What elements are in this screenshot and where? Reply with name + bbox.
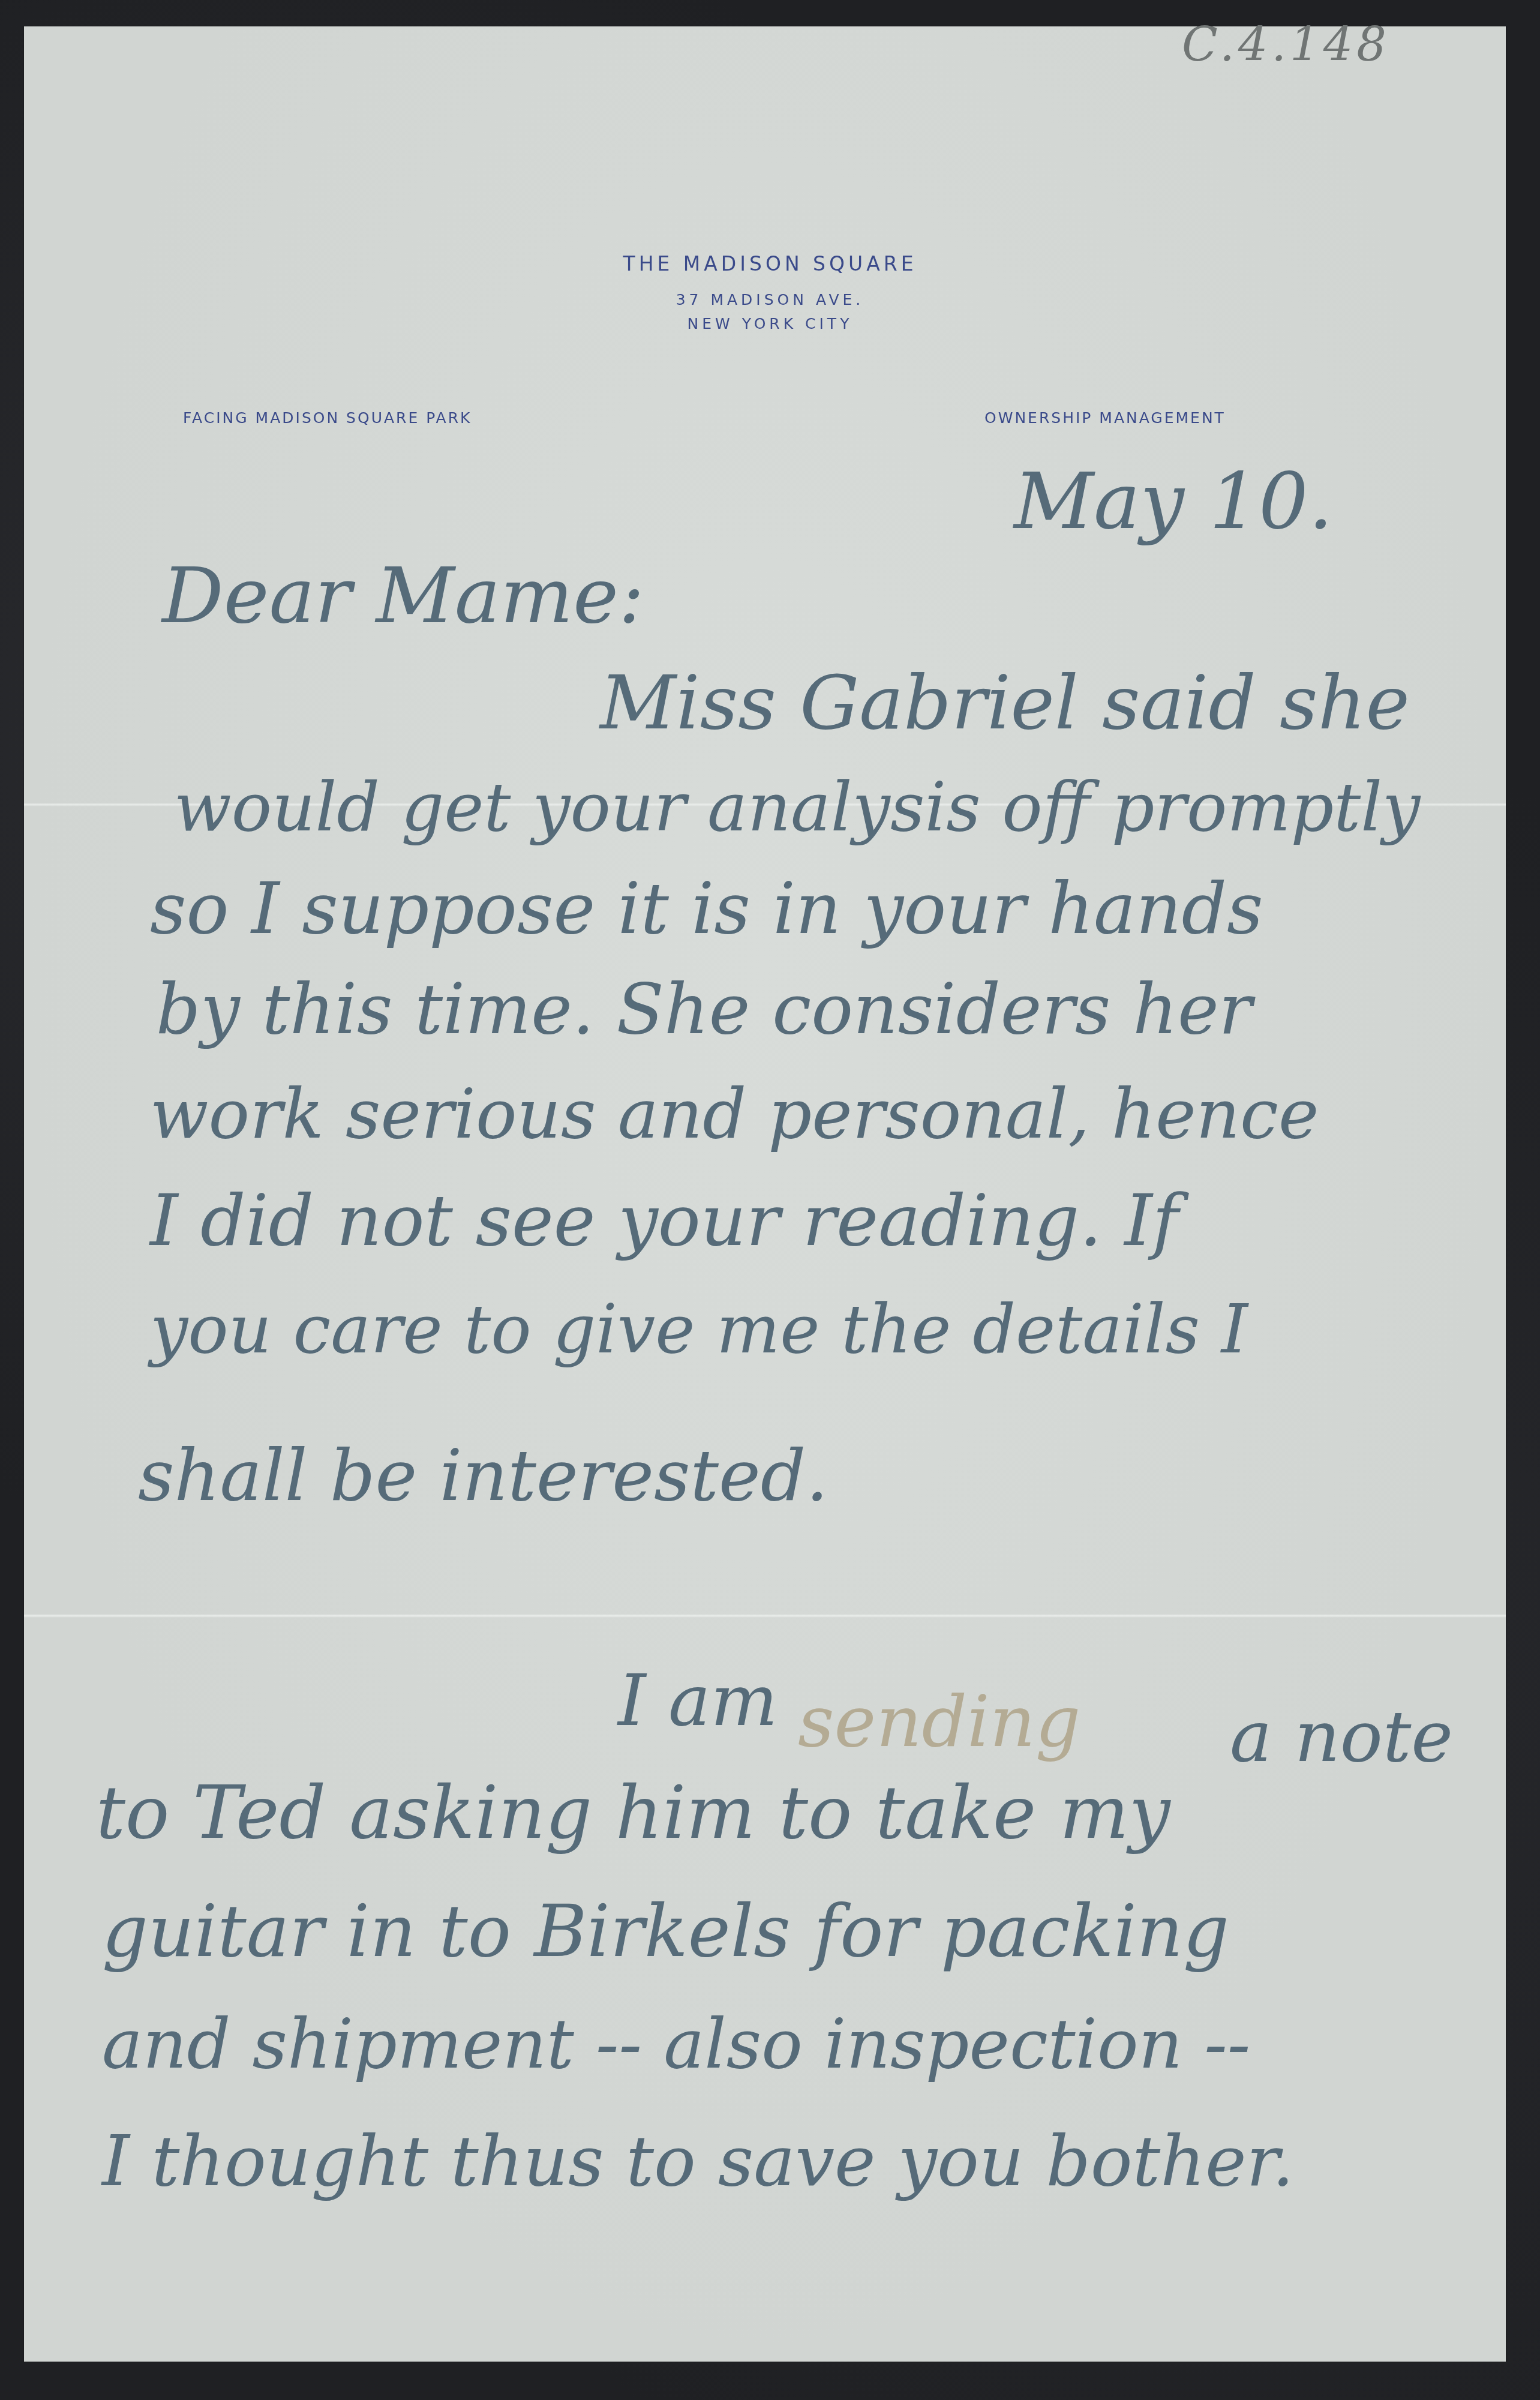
letter-line-9-sending: sending	[798, 1686, 1080, 1757]
letter-line-13: I thought thus to save you bother.	[102, 2127, 1294, 2197]
letter-line-12: and shipment -- also inspection --	[102, 2010, 1250, 2078]
letter-line-4: by this time. She considers her	[156, 975, 1252, 1045]
letter-line-5: work serious and personal, hence	[150, 1080, 1319, 1148]
letter-line-8: shall be interested.	[138, 1440, 828, 1511]
letterhead-left-tagline: FACING MADISON SQUARE PARK	[183, 409, 472, 427]
letterhead-city: NEW YORK CITY	[0, 315, 1540, 332]
letter-line-9-i-am: I am	[618, 1665, 777, 1736]
letter-line-7: you care to give me the details I	[150, 1296, 1248, 1363]
letterhead-right-tagline: OWNERSHIP MANAGEMENT	[984, 409, 1226, 427]
letter-line-2: would get your analysis off promptly	[174, 774, 1420, 841]
letter-line-6: I did not see your reading. If	[150, 1185, 1178, 1256]
letter-line-1: Miss Gabriel said she	[600, 666, 1410, 740]
letterhead-address: 37 MADISON AVE.	[0, 291, 1540, 308]
letter-line-3: so I suppose it is in your hands	[150, 873, 1263, 944]
archive-number: C.4.148	[1182, 18, 1390, 72]
fold-line-lower	[24, 1614, 1506, 1618]
letter-salutation: Dear Mame:	[162, 558, 644, 635]
letter-line-10: to Ted asking him to take my	[96, 1776, 1170, 1849]
letterhead-name: THE MADISON SQUARE	[0, 252, 1540, 275]
letter-line-11: guitar in to Birkels for packing	[102, 1896, 1229, 1968]
letter-date: May 10.	[1014, 462, 1333, 540]
letter-line-9-a-note: a note	[1230, 1701, 1453, 1772]
